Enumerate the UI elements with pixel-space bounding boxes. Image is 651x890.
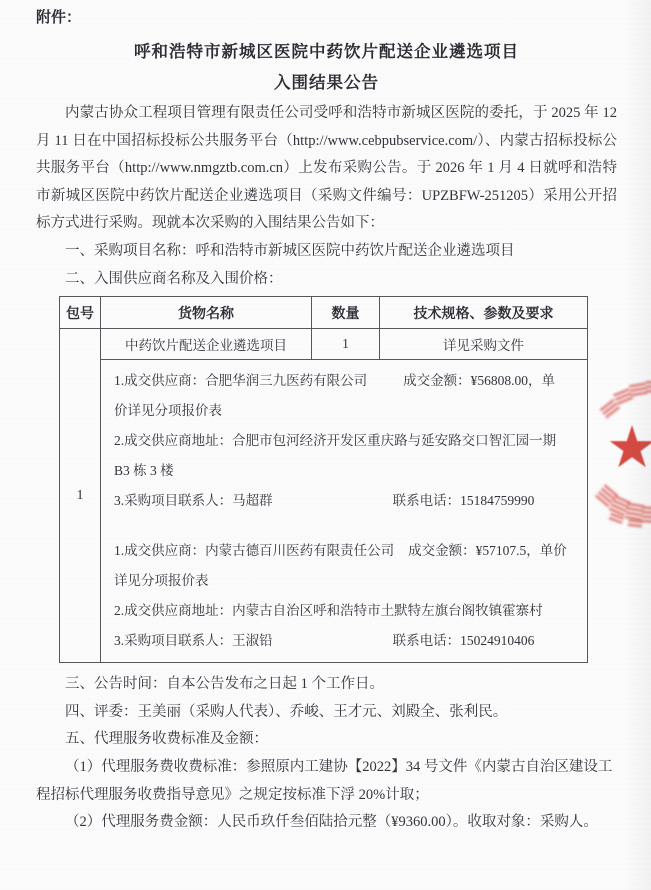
supplier-2-name: 1.成交供应商：内蒙古德百川医药有限责任公司 [114,543,394,558]
supplier-1-name: 1.成交供应商：合肥华润三九医药有限公司 [114,373,367,388]
supplier-2-phone: 联系电话：15024910406 [393,633,535,648]
seal-arc-text-bottom [628,519,643,529]
seal-arc-text-top [646,381,651,395]
supplier-1-contact-line: 3.采购项目联系人：马超群联系电话：15184759990 [114,486,567,516]
attachment-label: 附件： [36,8,617,28]
section-5-agency-fee-heading: 五、代理服务收费标准及金额： [36,726,617,754]
package-no-cell: 1 [60,329,101,663]
supplier-1-line1: 1.成交供应商：合肥华润三九医药有限公司成交金额：¥56808.00，单价详见分… [114,366,567,426]
shortlist-table: 包号 货物名称 数量 技术规格、参数及要求 1 中药饮片配送企业遴选项目 1 详… [59,296,588,663]
supplier-1-contact: 3.采购项目联系人：马超群 [114,493,273,508]
supplier-group-2: 1.成交供应商：内蒙古德百川医药有限责任公司成交金额：¥57107.5，单价详见… [114,536,567,656]
section-5-2-fee-amount: （2）代理服务费金额：人民币玖仟叁佰陆拾元整（¥9360.00）。收取对象：采购… [36,809,639,837]
header-package-no: 包号 [60,297,101,329]
header-goods-name: 货物名称 [101,297,312,329]
header-spec: 技术规格、参数及要求 [380,297,588,329]
goods-row: 1 中药饮片配送企业遴选项目 1 详见采购文件 [60,329,588,360]
document-title-line2: 入围结果公告 [36,71,617,94]
section-3-notice-period: 三、公告时间：自本公告发布之日起 1 个工作日。 [36,671,617,699]
document-title-line1: 呼和浩特市新城区医院中药饮片配送企业遴选项目 [36,40,617,63]
supplier-2-contact: 3.采购项目联系人：王淑铅 [114,633,273,648]
supplier-1-address: 2.成交供应商地址：合肥市包河经济开发区重庆路与延安路交口智汇园一期 B3 栋 … [114,426,567,486]
section-5-1-fee-standard: （1）代理服务费收费标准：参照原内工建协【2022】34 号文件《内蒙古自治区建… [36,754,617,809]
supplier-1-phone: 联系电话：15184759990 [393,493,535,508]
seal-arc-text-bottom [642,507,651,524]
supplier-2-line1: 1.成交供应商：内蒙古德百川医药有限责任公司成交金额：¥57107.5，单价详见… [114,536,567,596]
header-quantity: 数量 [312,297,380,329]
intro-paragraph: 内蒙古协众工程项目管理有限责任公司受呼和浩特市新城区医院的委托，于 2025 年… [36,100,617,238]
goods-name-cell: 中药饮片配送企业遴选项目 [101,329,312,360]
scanned-announcement-page: 附件： 呼和浩特市新城区医院中药饮片配送企业遴选项目 入围结果公告 内蒙古协众工… [0,0,651,890]
goods-spec-cell: 详见采购文件 [380,329,588,360]
section-2-shortlist-heading: 二、入围供应商名称及入围价格： [36,266,617,294]
seal-star-icon: ★ [606,418,651,476]
goods-quantity-cell: 1 [312,329,380,360]
document-content: 附件： 呼和浩特市新城区医院中药饮片配送企业遴选项目 入围结果公告 内蒙古协众工… [0,0,651,890]
shortlist-table-wrapper: 包号 货物名称 数量 技术规格、参数及要求 1 中药饮片配送企业遴选项目 1 详… [59,296,617,663]
supplier-group-1: 1.成交供应商：合肥华润三九医药有限公司成交金额：¥56808.00，单价详见分… [114,366,567,516]
supplier-2-address: 2.成交供应商地址：内蒙古自治区呼和浩特市土默特左旗台阁牧镇霍寨村 [114,596,567,626]
table-header-row: 包号 货物名称 数量 技术规格、参数及要求 [60,297,588,329]
section-4-judges: 四、评委：王美丽（采购人代表）、乔峻、王才元、刘殿全、张利民。 [36,699,617,727]
supplier-detail-row: 1.成交供应商：合肥华润三九医药有限公司成交金额：¥56808.00，单价详见分… [60,360,588,663]
section-1-project-name: 一、采购项目名称：呼和浩特市新城区医院中药饮片配送企业遴选项目 [36,238,617,266]
supplier-2-contact-line: 3.采购项目联系人：王淑铅联系电话：15024910406 [114,626,567,656]
supplier-detail-cell: 1.成交供应商：合肥华润三九医药有限公司成交金额：¥56808.00，单价详见分… [101,360,588,663]
official-seal: ★ [595,372,651,542]
